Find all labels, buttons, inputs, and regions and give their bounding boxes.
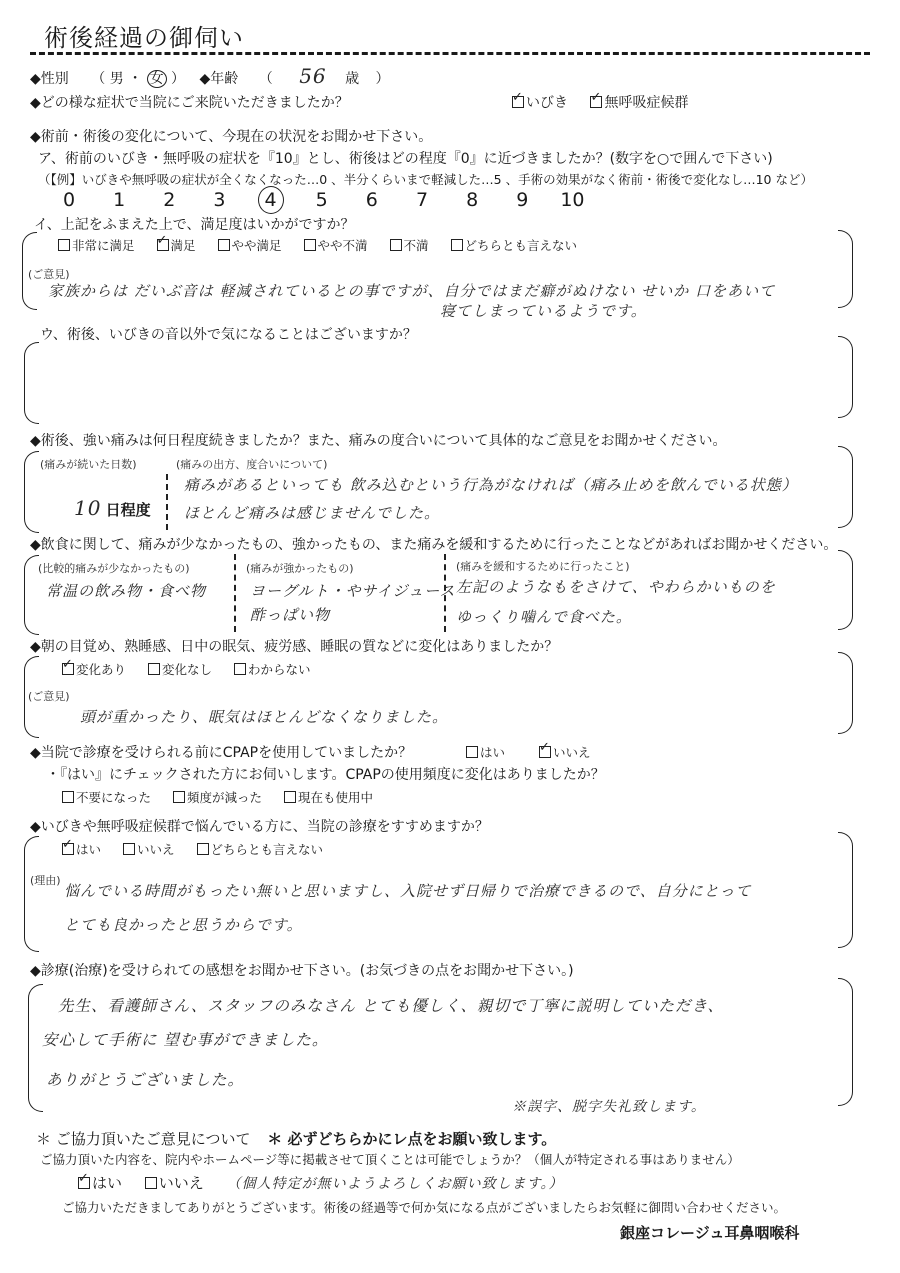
pain-degree-label: (痛みの出方、度合いについて) bbox=[176, 456, 327, 472]
divider bbox=[166, 474, 168, 530]
checkbox-icon[interactable] bbox=[284, 791, 296, 803]
cpap-question: ◆当院で診療を受けられる前にCPAPを使用していましたか？ bbox=[30, 742, 412, 762]
sleep-comment[interactable]: 頭が重かったり、眠気はほとんどなくなりました。 bbox=[80, 706, 448, 727]
scale-1[interactable]: 1 bbox=[96, 189, 142, 211]
satisfaction-comment-line2[interactable]: 寝てしまっているようです。 bbox=[440, 300, 647, 321]
divider bbox=[444, 554, 446, 632]
option-label: どちらとも言えない bbox=[211, 842, 324, 857]
option-no-change[interactable]: 変化なし bbox=[148, 660, 212, 678]
option-label: 無呼吸症候群 bbox=[604, 95, 688, 111]
scale-9[interactable]: 9 bbox=[499, 189, 545, 211]
recommend-reason-line1[interactable]: 悩んでいる時間がもったい無いと思いますし、入院せず日帰りで治療できるので、自分に… bbox=[64, 880, 751, 901]
satisfaction-comment-line1[interactable]: 家族からは だいぶ音は 軽減されているとの事ですが、自分ではまだ癖がぬけない せ… bbox=[48, 280, 775, 301]
bracket-right bbox=[838, 832, 853, 948]
option-label: いいえ bbox=[137, 842, 175, 857]
checkbox-icon[interactable] bbox=[62, 791, 74, 803]
satisfaction-question: イ、上記をふまえた上で、満足度はいかがですか？ bbox=[34, 214, 354, 234]
change-sub-a: ア、術前のいびき・無呼吸の症状を『10』とし、術後はどの程度『0』に近づきました… bbox=[38, 148, 773, 168]
option-label: 不要になった bbox=[76, 790, 151, 805]
option-label: 変化あり bbox=[76, 662, 126, 677]
option-label: はい bbox=[76, 842, 101, 857]
satisfaction-options: 非常に満足 満足 やや満足 やや不満 不満 どちらとも言えない bbox=[58, 236, 595, 254]
change-question: ◆術前・術後の変化について、今現在の状況をお聞かせ下さい。 bbox=[30, 126, 432, 146]
pain-degree-line1[interactable]: 痛みがあるといっても 飲み込むという行為がなければ（痛み止めを飲んでいる状態） bbox=[184, 474, 798, 495]
food-strong-line1[interactable]: ヨーグルト・やサイジュース bbox=[250, 580, 455, 601]
impressions-line2[interactable]: 安心して手術に 望む事ができました。 bbox=[42, 1028, 328, 1050]
scale-3[interactable]: 3 bbox=[196, 189, 242, 211]
food-relief-line2[interactable]: ゆっくり噛んで食べた。 bbox=[456, 606, 632, 627]
consent-heading-left: ＊ ご協力頂いたご意見について bbox=[36, 1130, 250, 1148]
scale-7[interactable]: 7 bbox=[399, 189, 445, 211]
option-label: 満足 bbox=[171, 238, 196, 253]
option-label: どちらとも言えない bbox=[465, 238, 578, 253]
food-question: ◆飲食に関して、痛みが少なかったもの、強かったもの、また痛みを緩和するために行っ… bbox=[30, 534, 837, 554]
bracket-left bbox=[24, 451, 39, 533]
age-value[interactable]: 56 bbox=[299, 64, 326, 88]
food-relief-line1[interactable]: 左記のようなもをさけて、やわらかいものを bbox=[456, 576, 776, 597]
option-label: やや満足 bbox=[232, 238, 282, 253]
checkbox-icon[interactable] bbox=[590, 96, 602, 108]
option-recommend-no[interactable]: いいえ bbox=[123, 840, 175, 858]
pain-days-value[interactable]: 10 bbox=[74, 496, 101, 520]
bracket-left bbox=[24, 836, 39, 952]
separator-dot: ・ bbox=[128, 71, 142, 87]
checkbox-icon[interactable] bbox=[197, 843, 209, 855]
paren-open: （ bbox=[91, 71, 105, 87]
checkbox-icon[interactable] bbox=[58, 239, 70, 251]
option-dissatisfied[interactable]: 不満 bbox=[390, 236, 429, 254]
age-label: ◆年齢 bbox=[200, 71, 239, 87]
bracket-right bbox=[838, 230, 853, 308]
other-concerns-question: ウ、術後、いびきの音以外で気になることはございますか？ bbox=[40, 324, 417, 344]
option-label: いいえ bbox=[159, 1174, 204, 1192]
checkbox-icon[interactable] bbox=[304, 239, 316, 251]
option-still-using[interactable]: 現在も使用中 bbox=[284, 788, 373, 806]
gender-female-option[interactable]: 女 bbox=[147, 70, 167, 88]
option-label: 不満 bbox=[404, 238, 429, 253]
bracket-left bbox=[24, 342, 39, 424]
impressions-line1[interactable]: 先生、看護師さん、スタッフのみなさん とても優しく、親切で丁寧に説明していただき… bbox=[58, 994, 724, 1016]
pain-days-unit: 日程度 bbox=[106, 501, 151, 519]
checkbox-icon[interactable] bbox=[145, 1177, 157, 1189]
option-recommend-yes[interactable]: はい bbox=[62, 840, 101, 858]
option-changed[interactable]: 変化あり bbox=[62, 660, 126, 678]
recommend-options: はい いいえ どちらとも言えない bbox=[62, 840, 341, 858]
option-no-longer-needed[interactable]: 不要になった bbox=[62, 788, 151, 806]
checkbox-icon[interactable] bbox=[148, 663, 160, 675]
recommend-question: ◆いびきや無呼吸症候群で悩んでいる方に、当院の診療をすすめますか？ bbox=[30, 816, 489, 836]
gender-age-row: ◆性別 （ 男 ・ 女 ） ◆年齢 （ 56 歳 ） bbox=[30, 64, 390, 88]
bracket-right bbox=[838, 446, 853, 528]
checkbox-icon[interactable] bbox=[539, 746, 551, 758]
consent-question: ご協力頂いた内容を、院内やホームページ等に掲載させて頂くことは可能でしょうか？（… bbox=[40, 1150, 740, 1168]
food-less-label: (比較的痛みが少なかったもの) bbox=[38, 560, 190, 576]
checkbox-icon[interactable] bbox=[78, 1177, 90, 1189]
option-somewhat-satisfied[interactable]: やや満足 bbox=[218, 236, 282, 254]
checkbox-icon[interactable] bbox=[173, 791, 185, 803]
checkbox-icon[interactable] bbox=[62, 663, 74, 675]
scale-10[interactable]: 10 bbox=[549, 189, 595, 211]
divider bbox=[234, 554, 236, 632]
option-label: 頻度が減った bbox=[187, 790, 262, 805]
paren-open: （ bbox=[259, 71, 273, 87]
option-apnea[interactable]: 無呼吸症候群 bbox=[590, 92, 688, 112]
option-snoring[interactable]: いびき bbox=[512, 92, 568, 112]
option-label: やや不満 bbox=[318, 238, 368, 253]
option-consent-yes[interactable]: はい bbox=[78, 1172, 122, 1193]
option-label: 現在も使用中 bbox=[298, 790, 373, 805]
bracket-left bbox=[28, 984, 43, 1112]
sleep-comment-label: (ご意見) bbox=[28, 688, 70, 704]
consent-note[interactable]: （個人特定が無いようよろしくお願い致します。） bbox=[227, 1176, 564, 1192]
checkbox-icon[interactable] bbox=[62, 843, 74, 855]
bracket-left bbox=[24, 555, 39, 635]
paren-close: ） bbox=[171, 71, 185, 87]
gender-male-option[interactable]: 男 bbox=[110, 71, 124, 87]
consent-options: はい いいえ （個人特定が無いようよろしくお願い致します。） bbox=[78, 1172, 563, 1193]
option-label: いびき bbox=[526, 95, 568, 111]
checkbox-icon[interactable] bbox=[123, 843, 135, 855]
sleep-options: 変化あり 変化なし わからない bbox=[62, 660, 329, 678]
pain-days-label: (痛みが続いた日数) bbox=[40, 456, 137, 472]
bracket-right bbox=[838, 978, 853, 1106]
option-satisfied[interactable]: 満足 bbox=[157, 236, 196, 254]
bracket-right bbox=[838, 336, 853, 418]
pain-question: ◆術後、強い痛みは何日程度続きましたか？また、痛みの度合いについて具体的なご意見… bbox=[30, 430, 726, 450]
clinic-name: 銀座コレージュ耳鼻咽喉科 bbox=[620, 1222, 799, 1243]
pain-degree-line2[interactable]: ほとんど痛みは感じませんでした。 bbox=[184, 502, 440, 523]
option-label: わからない bbox=[248, 662, 311, 677]
option-cpap-yes[interactable]: はい bbox=[466, 743, 505, 761]
option-cpap-no[interactable]: いいえ bbox=[539, 743, 591, 761]
form-title: 術後経過の御伺い bbox=[44, 18, 244, 53]
checkbox-icon[interactable] bbox=[512, 96, 524, 108]
recommend-reason-label: (理由) bbox=[30, 872, 61, 888]
bracket-right bbox=[838, 652, 853, 734]
scale-0[interactable]: 0 bbox=[46, 189, 92, 211]
change-scale: 0 1 2 3 4 5 6 7 8 9 10 bbox=[46, 186, 595, 214]
title-divider bbox=[30, 52, 870, 55]
option-label: いいえ bbox=[553, 745, 591, 760]
option-label: はい bbox=[480, 745, 505, 760]
impressions-question: ◆診療(治療)を受けられての感想をお聞かせ下さい。(お気づきの点をお聞かせ下さい… bbox=[30, 960, 574, 980]
option-very-satisfied[interactable]: 非常に満足 bbox=[58, 236, 135, 254]
checkbox-icon[interactable] bbox=[451, 239, 463, 251]
cpap-options: はい いいえ bbox=[466, 743, 609, 761]
option-label: 非常に満足 bbox=[72, 238, 135, 253]
symptoms-options: いびき 無呼吸症候群 bbox=[512, 92, 706, 112]
option-recommend-neither[interactable]: どちらとも言えない bbox=[197, 840, 324, 858]
option-consent-no[interactable]: いいえ bbox=[145, 1172, 204, 1193]
impressions-line3[interactable]: ありがとうございました。 bbox=[46, 1068, 244, 1090]
impressions-note[interactable]: ※誤字、脱字失礼致します。 bbox=[512, 1096, 706, 1116]
consent-heading: ＊ ご協力頂いたご意見について ＊ 必ずどちらかにレ点をお願い致します。 bbox=[36, 1128, 556, 1149]
bracket-right bbox=[838, 550, 853, 630]
option-somewhat-dissatisfied[interactable]: やや不満 bbox=[304, 236, 368, 254]
cpap-followup: ・『はい』にチェックされた方にお伺いします。CPAPの使用頻度に変化はありました… bbox=[46, 764, 605, 784]
pain-days: 10 日程度 bbox=[74, 496, 151, 520]
scale-5[interactable]: 5 bbox=[299, 189, 345, 211]
food-less-value[interactable]: 常温の飲み物・食べ物 bbox=[46, 580, 206, 601]
other-concerns-answer[interactable] bbox=[48, 350, 828, 414]
food-relief-label: (痛みを緩和するために行ったこと) bbox=[456, 558, 630, 574]
scale-8[interactable]: 8 bbox=[449, 189, 495, 211]
consent-heading-right: ＊ 必ずどちらかにレ点をお願い致します。 bbox=[267, 1130, 556, 1148]
checkbox-icon[interactable] bbox=[234, 663, 246, 675]
option-unknown[interactable]: わからない bbox=[234, 660, 311, 678]
option-label: 変化なし bbox=[162, 662, 212, 677]
age-unit: 歳 bbox=[345, 71, 359, 87]
checkbox-icon[interactable] bbox=[466, 746, 478, 758]
checkbox-icon[interactable] bbox=[218, 239, 230, 251]
scale-4-selected[interactable]: 4 bbox=[258, 186, 284, 214]
checkbox-icon[interactable] bbox=[390, 239, 402, 251]
option-neither[interactable]: どちらとも言えない bbox=[451, 236, 578, 254]
recommend-reason-line2[interactable]: とても良かったと思うからです。 bbox=[64, 914, 303, 935]
option-reduced-frequency[interactable]: 頻度が減った bbox=[173, 788, 262, 806]
option-label: はい bbox=[92, 1174, 122, 1192]
scale-2[interactable]: 2 bbox=[146, 189, 192, 211]
paren-close: ） bbox=[376, 71, 390, 87]
gender-label: ◆性別 bbox=[30, 71, 69, 87]
food-strong-line2[interactable]: 酢っぱい物 bbox=[250, 604, 330, 625]
symptoms-question: ◆どの様な症状で当院にご来院いただきましたか？ bbox=[30, 92, 349, 112]
scale-6[interactable]: 6 bbox=[349, 189, 395, 211]
consent-thanks: ご協力いただきましてありがとうございます。術後の経過等で何か気になる点がございま… bbox=[62, 1198, 786, 1216]
checkbox-icon[interactable] bbox=[157, 239, 169, 251]
cpap-followup-options: 不要になった 頻度が減った 現在も使用中 bbox=[62, 788, 391, 806]
food-strong-label: (痛みが強かったもの) bbox=[246, 560, 354, 576]
sleep-question: ◆朝の目覚め、熟睡感、日中の眠気、疲労感、睡眠の質などに変化はありましたか？ bbox=[30, 636, 558, 656]
